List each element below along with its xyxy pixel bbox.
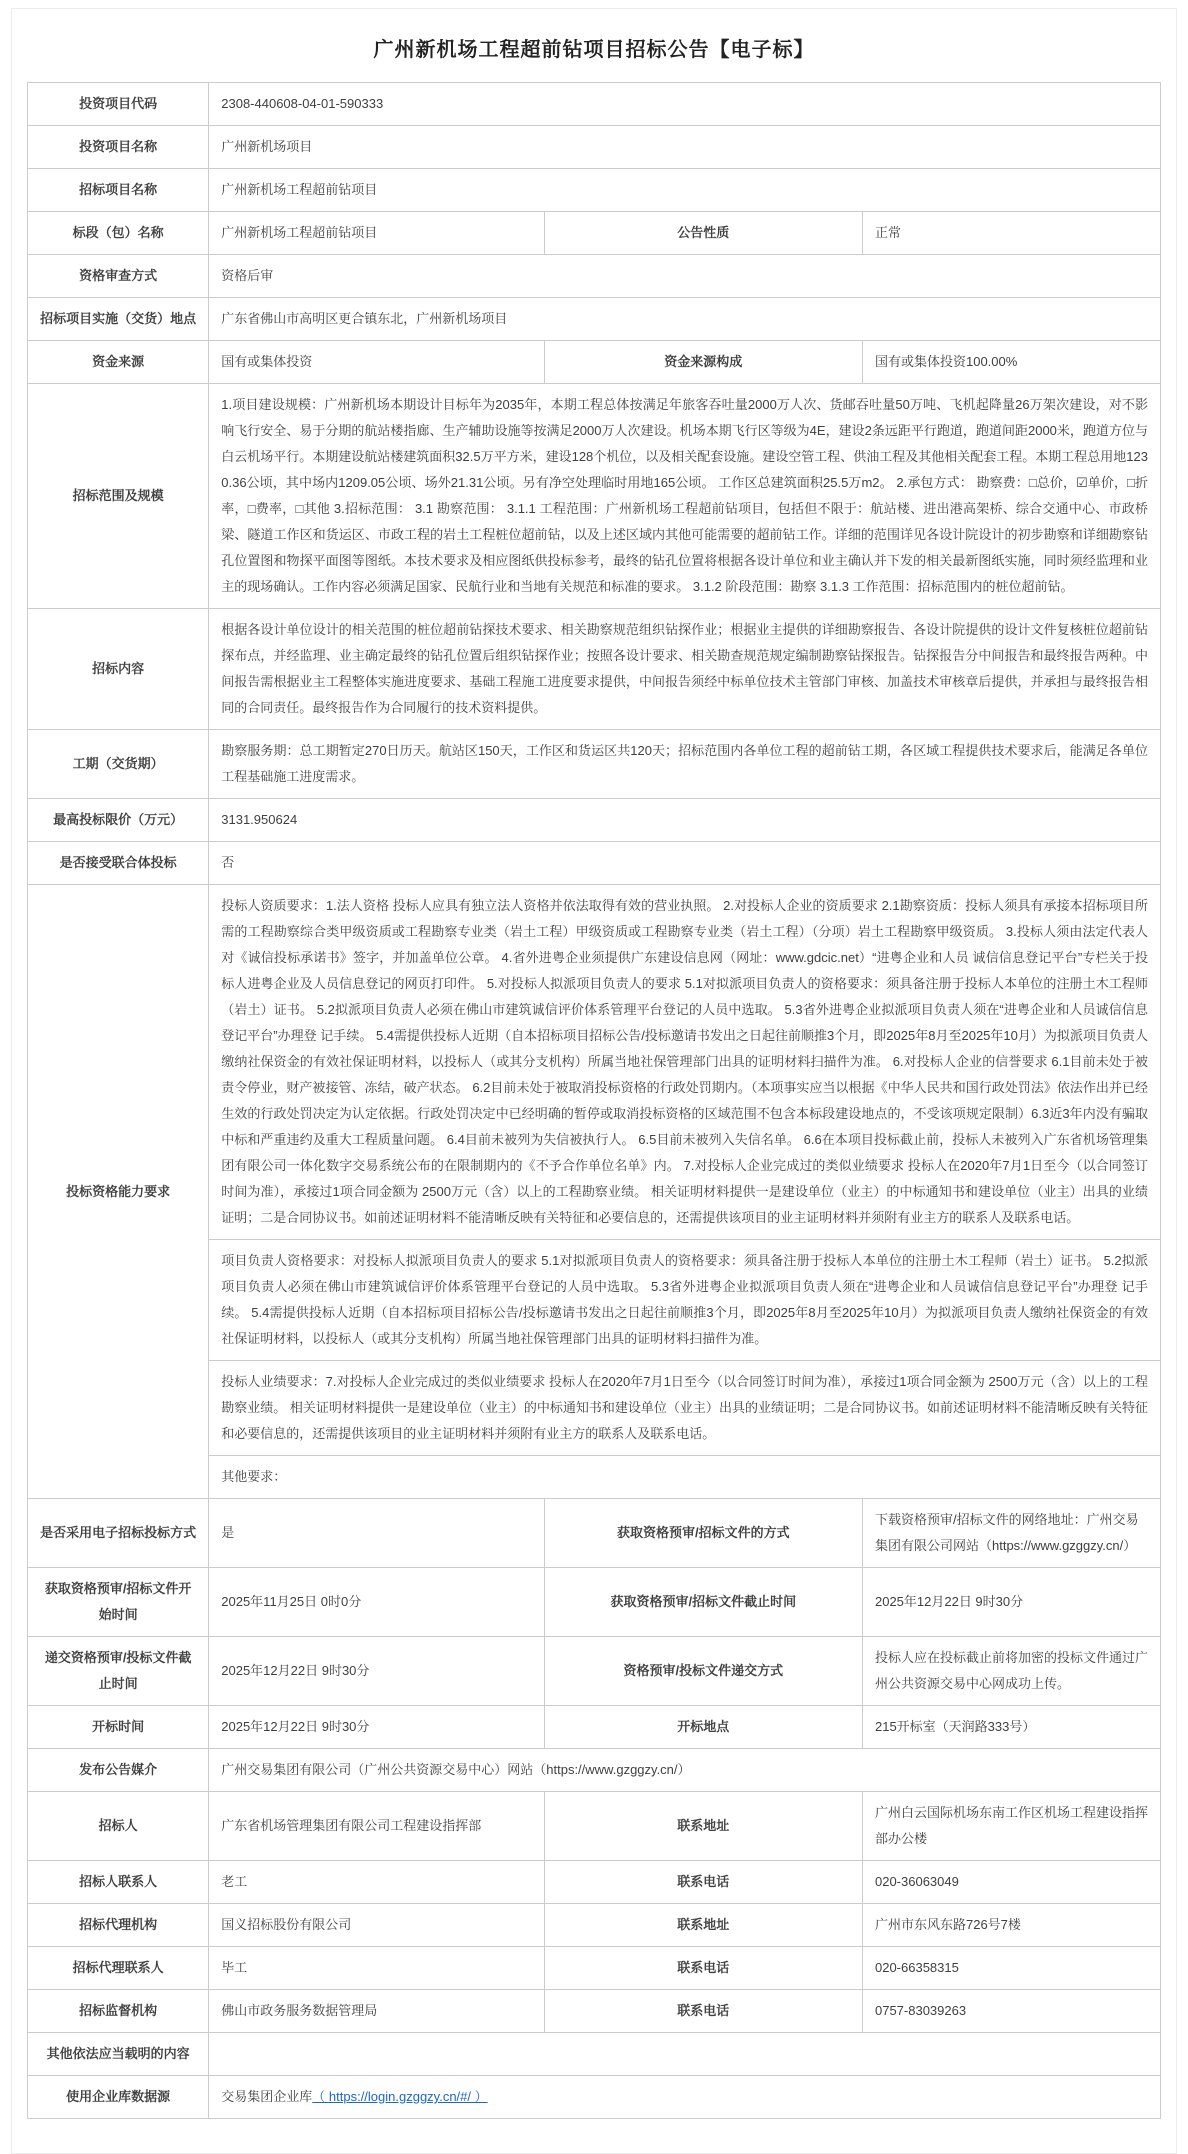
doc-obtain-method-value: 下载资格预审/招标文件的网络地址：广州交易集团有限公司网站（https://ww… (862, 1499, 1160, 1568)
agency-contact-label: 招标代理联系人 (28, 1947, 209, 1990)
enterprise-db-name: 交易集团企业库 (221, 2089, 312, 2104)
media-value: 广州交易集团有限公司（广州公共资源交易中心）网站（https://www.gzg… (209, 1749, 1161, 1792)
scope-value: 1.项目建设规模：广州新机场本期设计目标年为2035年，本期工程总体按满足年旅客… (209, 384, 1161, 609)
supervisor-value: 佛山市政务服务数据管理局 (209, 1990, 544, 2033)
bid-opening-place-value: 215开标室（天润路333号） (862, 1706, 1160, 1749)
max-price-label: 最高投标限价（万元） (28, 799, 209, 842)
section-name-label: 标段（包）名称 (28, 212, 209, 255)
qualification-requirements-label: 投标资格能力要求 (28, 885, 209, 1499)
fund-source-label: 资金来源 (28, 341, 209, 384)
tenderer-value: 广东省机场管理集团有限公司工程建设指挥部 (209, 1792, 544, 1861)
agency-value: 国义招标股份有限公司 (209, 1904, 544, 1947)
location-label: 招标项目实施（交货）地点 (28, 298, 209, 341)
row-electronic-bidding: 是否采用电子招标投标方式 是 获取资格预审/招标文件的方式 下载资格预审/招标文… (28, 1499, 1161, 1568)
row-duration: 工期（交货期） 勘察服务期：总工期暂定270日历天。航站区150天，工作区和货运… (28, 730, 1161, 799)
row-doc-start-time: 获取资格预审/招标文件开始时间 2025年11月25日 0时0分 获取资格预审/… (28, 1568, 1161, 1637)
doc-submit-deadline-value: 2025年12月22日 9时30分 (209, 1637, 544, 1706)
row-investment-name: 投资项目名称 广州新机场项目 (28, 126, 1161, 169)
doc-submit-method-value: 投标人应在投标截止前将加密的投标文件通过广州公共资源交易中心网成功上传。 (862, 1637, 1160, 1706)
performance-paragraph: 投标人业绩要求：7.对投标人企业完成过的类似业绩要求 投标人在2020年7月1日… (209, 1361, 1161, 1456)
row-other-legal-content: 其他依法应当载明的内容 (28, 2033, 1161, 2076)
joint-bid-value: 否 (209, 842, 1161, 885)
row-supervisor: 招标监督机构 佛山市政务服务数据管理局 联系电话 0757-83039263 (28, 1990, 1161, 2033)
doc-submit-method-label: 资格预审/投标文件递交方式 (544, 1637, 862, 1706)
electronic-bidding-label: 是否采用电子招标投标方式 (28, 1499, 209, 1568)
location-value: 广东省佛山市高明区更合镇东北，广州新机场项目 (209, 298, 1161, 341)
duration-value: 勘察服务期：总工期暂定270日历天。航站区150天，工作区和货运区共120天；招… (209, 730, 1161, 799)
notice-nature-value: 正常 (862, 212, 1160, 255)
row-joint-bid: 是否接受联合体投标 否 (28, 842, 1161, 885)
doc-end-time-label: 获取资格预审/招标文件截止时间 (544, 1568, 862, 1637)
scope-label: 招标范围及规模 (28, 384, 209, 609)
agency-phone-value: 020-66358315 (862, 1947, 1160, 1990)
section-name-value: 广州新机场工程超前钻项目 (209, 212, 544, 255)
tenderer-label: 招标人 (28, 1792, 209, 1861)
investment-code-label: 投资项目代码 (28, 83, 209, 126)
tenderer-phone-label: 联系电话 (544, 1861, 862, 1904)
row-scope: 招标范围及规模 1.项目建设规模：广州新机场本期设计目标年为2035年，本期工程… (28, 384, 1161, 609)
tenderer-address-value: 广州白云国际机场东南工作区机场工程建设指挥部办公楼 (862, 1792, 1160, 1861)
supervisor-label: 招标监督机构 (28, 1990, 209, 2033)
supervisor-phone-label: 联系电话 (544, 1990, 862, 2033)
other-requirements-paragraph: 其他要求： (209, 1456, 1161, 1499)
row-location: 招标项目实施（交货）地点 广东省佛山市高明区更合镇东北，广州新机场项目 (28, 298, 1161, 341)
tenderer-phone-value: 020-36063049 (862, 1861, 1160, 1904)
row-agency: 招标代理机构 国义招标股份有限公司 联系地址 广州市东风东路726号7楼 (28, 1904, 1161, 1947)
enterprise-db-link[interactable]: （ https://login.gzggzy.cn/#/ ） (312, 2089, 487, 2104)
fund-composition-value: 国有或集体投资100.00% (862, 341, 1160, 384)
bid-opening-time-label: 开标时间 (28, 1706, 209, 1749)
fund-source-value: 国有或集体投资 (209, 341, 544, 384)
doc-start-time-value: 2025年11月25日 0时0分 (209, 1568, 544, 1637)
row-qualification-requirements: 投标资格能力要求 投标人资质要求：1.法人资格 投标人应具有独立法人资格并依法取… (28, 885, 1161, 1240)
announcement-sheet: 广州新机场工程超前钻项目招标公告【电子标】 投资项目代码 2308-440608… (11, 8, 1177, 2154)
other-legal-content-label: 其他依法应当载明的内容 (28, 2033, 209, 2076)
tenderer-contact-value: 老工 (209, 1861, 544, 1904)
qualification-review-value: 资格后审 (209, 255, 1161, 298)
doc-obtain-method-label: 获取资格预审/招标文件的方式 (544, 1499, 862, 1568)
investment-code-value: 2308-440608-04-01-590333 (209, 83, 1161, 126)
qualification-review-label: 资格审查方式 (28, 255, 209, 298)
agency-label: 招标代理机构 (28, 1904, 209, 1947)
doc-submit-deadline-label: 递交资格预审/投标文件截止时间 (28, 1637, 209, 1706)
row-section-name: 标段（包）名称 广州新机场工程超前钻项目 公告性质 正常 (28, 212, 1161, 255)
doc-start-time-label: 获取资格预审/招标文件开始时间 (28, 1568, 209, 1637)
supervisor-phone-value: 0757-83039263 (862, 1990, 1160, 2033)
agency-phone-label: 联系电话 (544, 1947, 862, 1990)
doc-end-time-value: 2025年12月22日 9时30分 (862, 1568, 1160, 1637)
row-max-price: 最高投标限价（万元） 3131.950624 (28, 799, 1161, 842)
row-enterprise-db: 使用企业库数据源 交易集团企业库（ https://login.gzggzy.c… (28, 2076, 1161, 2119)
row-tender-project-name: 招标项目名称 广州新机场工程超前钻项目 (28, 169, 1161, 212)
tender-info-table: 投资项目代码 2308-440608-04-01-590333 投资项目名称 广… (27, 82, 1161, 2119)
tenderer-contact-label: 招标人联系人 (28, 1861, 209, 1904)
enterprise-db-value: 交易集团企业库（ https://login.gzggzy.cn/#/ ） (209, 2076, 1161, 2119)
content-label: 招标内容 (28, 609, 209, 730)
row-bid-opening: 开标时间 2025年12月22日 9时30分 开标地点 215开标室（天润路33… (28, 1706, 1161, 1749)
agency-contact-value: 毕工 (209, 1947, 544, 1990)
max-price-value: 3131.950624 (209, 799, 1161, 842)
agency-address-label: 联系地址 (544, 1904, 862, 1947)
electronic-bidding-value: 是 (209, 1499, 544, 1568)
bid-opening-place-label: 开标地点 (544, 1706, 862, 1749)
investment-name-value: 广州新机场项目 (209, 126, 1161, 169)
tender-project-name-label: 招标项目名称 (28, 169, 209, 212)
row-tenderer-contact: 招标人联系人 老工 联系电话 020-36063049 (28, 1861, 1161, 1904)
media-label: 发布公告媒介 (28, 1749, 209, 1792)
page-title: 广州新机场工程超前钻项目招标公告【电子标】 (12, 9, 1176, 82)
bidder-qualification-paragraph: 投标人资质要求：1.法人资格 投标人应具有独立法人资格并依法取得有效的营业执照。… (209, 885, 1161, 1240)
row-qualification-review: 资格审查方式 资格后审 (28, 255, 1161, 298)
joint-bid-label: 是否接受联合体投标 (28, 842, 209, 885)
row-doc-submit-deadline: 递交资格预审/投标文件截止时间 2025年12月22日 9时30分 资格预审/投… (28, 1637, 1161, 1706)
row-content: 招标内容 根据各设计单位设计的相关范围的桩位超前钻探技术要求、相关勘察规范组织钻… (28, 609, 1161, 730)
project-leader-paragraph: 项目负责人资格要求：对投标人拟派项目负责人的要求 5.1对拟派项目负责人的资格要… (209, 1240, 1161, 1361)
row-fund-source: 资金来源 国有或集体投资 资金来源构成 国有或集体投资100.00% (28, 341, 1161, 384)
row-agency-contact: 招标代理联系人 毕工 联系电话 020-66358315 (28, 1947, 1161, 1990)
duration-label: 工期（交货期） (28, 730, 209, 799)
bid-opening-time-value: 2025年12月22日 9时30分 (209, 1706, 544, 1749)
row-tenderer: 招标人 广东省机场管理集团有限公司工程建设指挥部 联系地址 广州白云国际机场东南… (28, 1792, 1161, 1861)
content-value: 根据各设计单位设计的相关范围的桩位超前钻探技术要求、相关勘察规范组织钻探作业；根… (209, 609, 1161, 730)
fund-composition-label: 资金来源构成 (544, 341, 862, 384)
enterprise-db-label: 使用企业库数据源 (28, 2076, 209, 2119)
row-investment-code: 投资项目代码 2308-440608-04-01-590333 (28, 83, 1161, 126)
investment-name-label: 投资项目名称 (28, 126, 209, 169)
agency-address-value: 广州市东风东路726号7楼 (862, 1904, 1160, 1947)
other-legal-content-value (209, 2033, 1161, 2076)
row-media: 发布公告媒介 广州交易集团有限公司（广州公共资源交易中心）网站（https://… (28, 1749, 1161, 1792)
notice-nature-label: 公告性质 (544, 212, 862, 255)
tenderer-address-label: 联系地址 (544, 1792, 862, 1861)
tender-project-name-value: 广州新机场工程超前钻项目 (209, 169, 1161, 212)
